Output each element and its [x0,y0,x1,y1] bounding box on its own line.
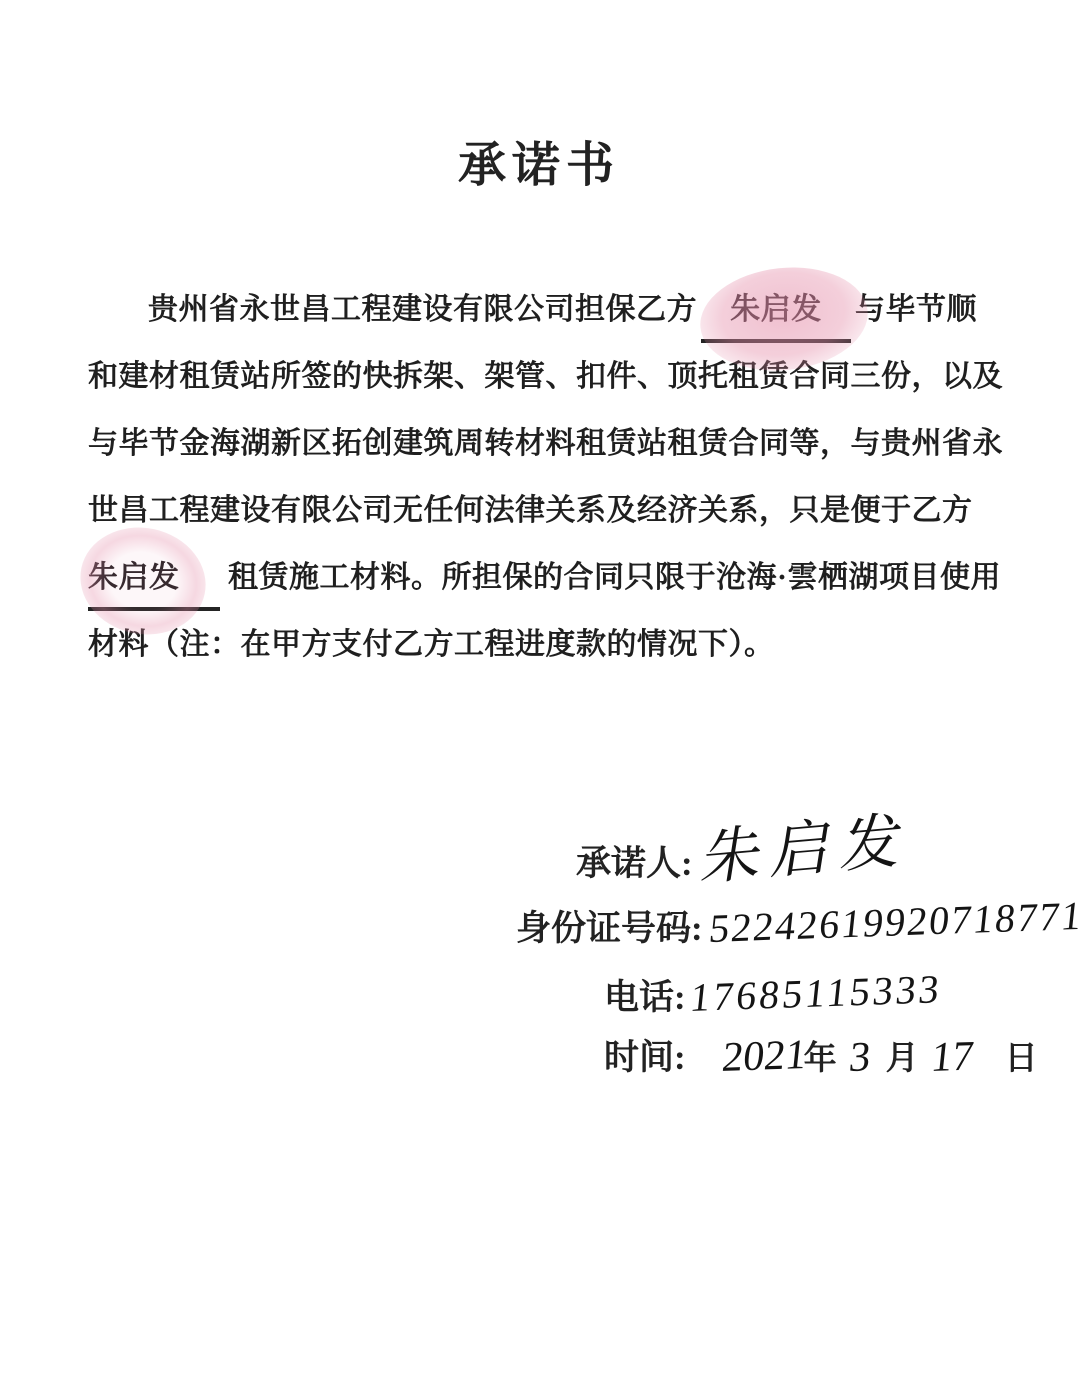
date-label: 时间: [604,1038,686,1077]
date-month-unit: 月 [886,1041,919,1077]
scanned-commitment-letter-page: 承诺书 贵州省永世昌工程建设有限公司担保乙方朱启发与毕节顺 和建材租赁站所签的快… [0,0,1078,1383]
guarantee-name-1: 朱启发 [730,293,822,326]
id-number-row: 身份证号码:522426199207187715 [516,904,1078,959]
phone-row: 电话:17685115333 [604,973,939,1028]
body-line-4: 世昌工程建设有限公司无任何法律关系及经济关系，只是便于乙方 [88,477,993,544]
body-line-5: 朱启发租赁施工材料。所担保的合同只限于沧海·雲栖湖项目使用 [88,544,993,611]
document-title: 承诺书 [0,126,1078,195]
date-month-handwritten: 3 [847,1034,873,1081]
phone-label: 电话: [604,978,686,1017]
body-line-1-pre: 贵州省永世昌工程建设有限公司担保乙方 [148,293,697,326]
body-line-3: 与毕节金海湖新区拓创建筑周转材料租赁站租赁合同等，与贵州省永 [88,410,993,477]
promisor-handwritten-signature: 朱启发 [699,817,916,882]
id-number-handwritten-value: 522426199207187715 [707,892,1078,952]
body-line-1-post: 与毕节顺 [855,293,977,326]
body-line-2: 和建材租赁站所签的快拆架、架管、扣件、顶托租赁合同三份，以及 [88,343,993,410]
guarantee-name-2: 朱启发 [88,561,180,594]
body-paragraph: 贵州省永世昌工程建设有限公司担保乙方朱启发与毕节顺 和建材租赁站所签的快拆架、架… [88,276,993,678]
date-day-unit: 日 [1005,1041,1038,1077]
body-line-1: 贵州省永世昌工程建设有限公司担保乙方朱启发与毕节顺 [88,276,993,343]
body-line-6: 材料（注：在甲方支付乙方工程进度款的情况下）。 [88,611,993,678]
guarantee-name-blank-2: 朱启发 [88,549,220,611]
phone-handwritten-value: 17685115333 [688,966,944,1021]
date-day-handwritten: 17 [929,1033,976,1081]
promisor-label: 承诺人: [576,844,693,883]
date-year-unit: 年 [804,1041,837,1077]
date-year-handwritten: 2021 [720,1032,809,1081]
id-number-label: 身份证号码: [516,909,703,948]
body-line-5-post: 租赁施工材料。所担保的合同只限于沧海·雲栖湖项目使用 [228,561,1001,594]
guarantee-name-blank-1: 朱启发 [701,281,851,343]
promisor-row: 承诺人:朱启发 [576,832,909,894]
date-row: 时间:2021年3月17日 [604,1033,1038,1088]
